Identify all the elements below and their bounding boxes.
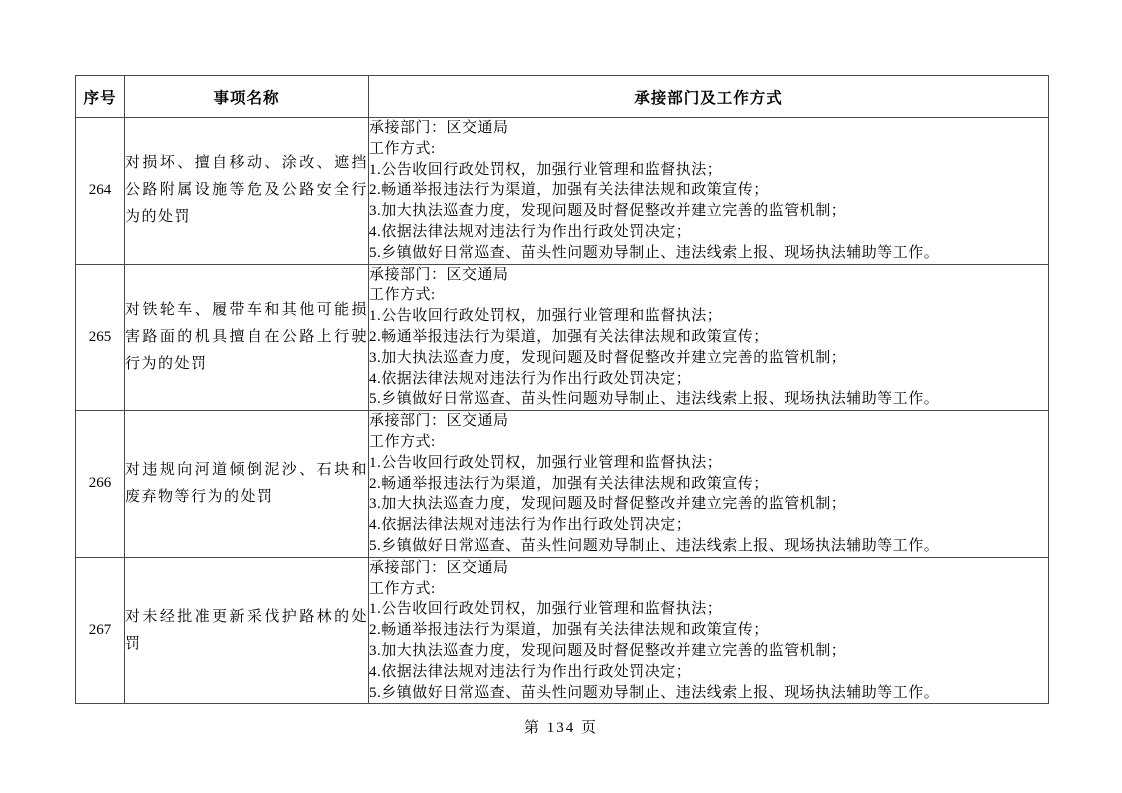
method-line: 1.公告收回行政处罚权，加强行业管理和监督执法； bbox=[369, 160, 1048, 181]
row-serial-number: 267 bbox=[76, 557, 125, 704]
method-line: 2.畅通举报违法行为渠道，加强有关法律法规和政策宣传； bbox=[369, 180, 1048, 201]
table-row: 265 对铁轮车、履带车和其他可能损害路面的机具擅自在公路上行驶行为的处罚 承接… bbox=[76, 264, 1049, 411]
row-serial-number: 265 bbox=[76, 264, 125, 411]
method-label: 工作方式: bbox=[369, 432, 1048, 453]
method-line: 1.公告收回行政处罚权，加强行业管理和监督执法； bbox=[369, 453, 1048, 474]
method-line: 4.依据法律法规对违法行为作出行政处罚决定； bbox=[369, 369, 1048, 390]
document-page: 序号 事项名称 承接部门及工作方式 264 对损坏、擅自移动、涂改、遮挡公路附属… bbox=[0, 0, 1122, 793]
method-line: 5.乡镇做好日常巡查、苗头性问题劝导制止、违法线索上报、现场执法辅助等工作。 bbox=[369, 389, 1048, 410]
method-line: 1.公告收回行政处罚权，加强行业管理和监督执法； bbox=[369, 306, 1048, 327]
method-line: 5.乡镇做好日常巡查、苗头性问题劝导制止、违法线索上报、现场执法辅助等工作。 bbox=[369, 536, 1048, 557]
penalty-items-table: 序号 事项名称 承接部门及工作方式 264 对损坏、擅自移动、涂改、遮挡公路附属… bbox=[75, 75, 1049, 704]
row-serial-number: 266 bbox=[76, 411, 125, 558]
method-line: 2.畅通举报违法行为渠道，加强有关法律法规和政策宣传； bbox=[369, 620, 1048, 641]
department-line: 承接部门：区交通局 bbox=[369, 411, 1048, 432]
row-detail-cell: 承接部门：区交通局 工作方式: 1.公告收回行政处罚权，加强行业管理和监督执法；… bbox=[369, 118, 1049, 265]
header-item-name: 事项名称 bbox=[125, 76, 369, 118]
method-line: 3.加大执法巡查力度，发现问题及时督促整改并建立完善的监管机制； bbox=[369, 494, 1048, 515]
row-item-name: 对铁轮车、履带车和其他可能损害路面的机具擅自在公路上行驶行为的处罚 bbox=[125, 264, 369, 411]
method-label: 工作方式: bbox=[369, 139, 1048, 160]
row-detail-cell: 承接部门：区交通局 工作方式: 1.公告收回行政处罚权，加强行业管理和监督执法；… bbox=[369, 557, 1049, 704]
page-number: 第 134 页 bbox=[0, 716, 1122, 737]
method-line: 3.加大执法巡查力度，发现问题及时督促整改并建立完善的监管机制； bbox=[369, 201, 1048, 222]
table-row: 266 对违规向河道倾倒泥沙、石块和废弃物等行为的处罚 承接部门：区交通局 工作… bbox=[76, 411, 1049, 558]
method-line: 4.依据法律法规对违法行为作出行政处罚决定； bbox=[369, 662, 1048, 683]
method-line: 5.乡镇做好日常巡查、苗头性问题劝导制止、违法线索上报、现场执法辅助等工作。 bbox=[369, 243, 1048, 264]
header-serial-number: 序号 bbox=[76, 76, 125, 118]
method-line: 3.加大执法巡查力度，发现问题及时督促整改并建立完善的监管机制； bbox=[369, 348, 1048, 369]
header-department-method: 承接部门及工作方式 bbox=[369, 76, 1049, 118]
method-line: 1.公告收回行政处罚权，加强行业管理和监督执法； bbox=[369, 599, 1048, 620]
department-line: 承接部门：区交通局 bbox=[369, 118, 1048, 139]
department-line: 承接部门：区交通局 bbox=[369, 558, 1048, 579]
method-label: 工作方式: bbox=[369, 285, 1048, 306]
row-item-name: 对损坏、擅自移动、涂改、遮挡公路附属设施等危及公路安全行为的处罚 bbox=[125, 118, 369, 265]
table-header-row: 序号 事项名称 承接部门及工作方式 bbox=[76, 76, 1049, 118]
table-row: 264 对损坏、擅自移动、涂改、遮挡公路附属设施等危及公路安全行为的处罚 承接部… bbox=[76, 118, 1049, 265]
method-line: 4.依据法律法规对违法行为作出行政处罚决定； bbox=[369, 515, 1048, 536]
method-line: 4.依据法律法规对违法行为作出行政处罚决定； bbox=[369, 222, 1048, 243]
table-row: 267 对未经批准更新采伐护路林的处罚 承接部门：区交通局 工作方式: 1.公告… bbox=[76, 557, 1049, 704]
row-serial-number: 264 bbox=[76, 118, 125, 265]
method-line: 3.加大执法巡查力度，发现问题及时督促整改并建立完善的监管机制； bbox=[369, 641, 1048, 662]
method-line: 2.畅通举报违法行为渠道，加强有关法律法规和政策宣传； bbox=[369, 474, 1048, 495]
method-line: 5.乡镇做好日常巡查、苗头性问题劝导制止、违法线索上报、现场执法辅助等工作。 bbox=[369, 683, 1048, 704]
row-detail-cell: 承接部门：区交通局 工作方式: 1.公告收回行政处罚权，加强行业管理和监督执法；… bbox=[369, 264, 1049, 411]
department-line: 承接部门：区交通局 bbox=[369, 265, 1048, 286]
row-item-name: 对未经批准更新采伐护路林的处罚 bbox=[125, 557, 369, 704]
method-label: 工作方式: bbox=[369, 579, 1048, 600]
row-detail-cell: 承接部门：区交通局 工作方式: 1.公告收回行政处罚权，加强行业管理和监督执法；… bbox=[369, 411, 1049, 558]
row-item-name: 对违规向河道倾倒泥沙、石块和废弃物等行为的处罚 bbox=[125, 411, 369, 558]
method-line: 2.畅通举报违法行为渠道，加强有关法律法规和政策宣传； bbox=[369, 327, 1048, 348]
